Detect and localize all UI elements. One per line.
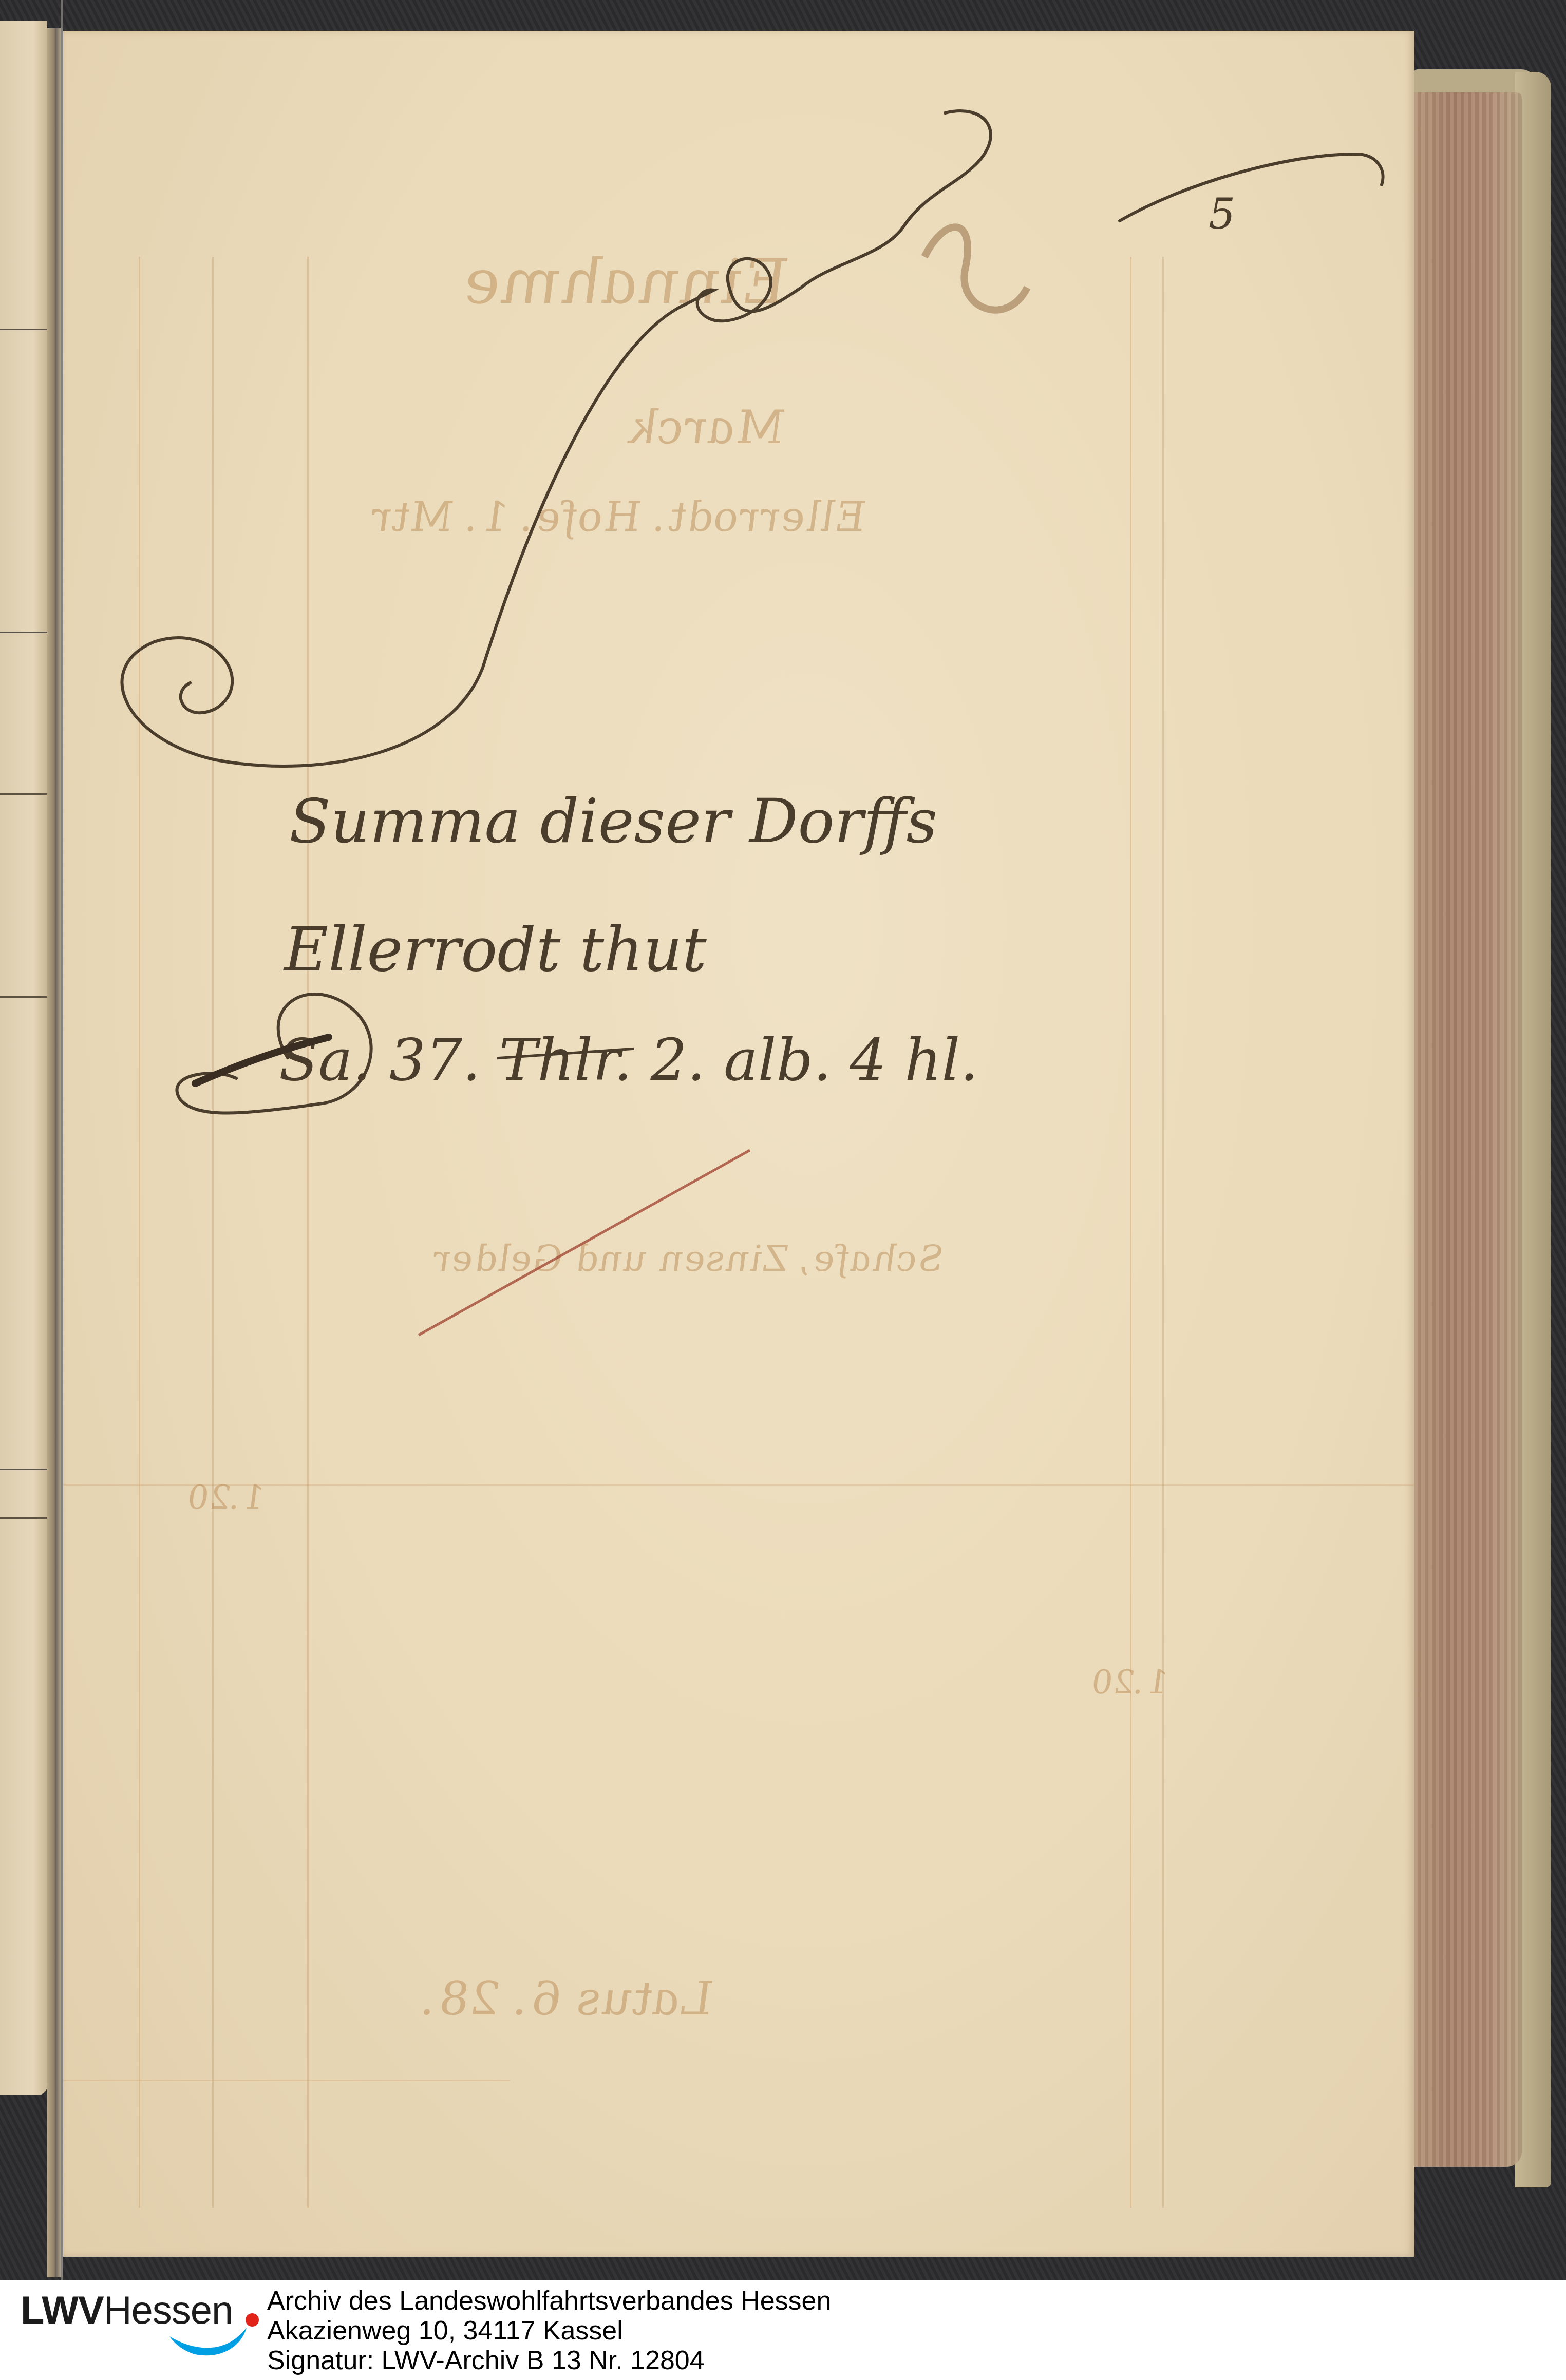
archive-footer: LWVHessen Archiv des Landeswohlfahrtsver… [0,2280,1566,2380]
logo-blue-swoosh-icon [164,2324,252,2365]
calligraphic-flourishes [0,0,1566,2280]
archive-address: Akazienweg 10, 34117 Kassel [267,2316,831,2346]
archive-signature: Signatur: LWV-Archiv B 13 Nr. 12804 [267,2346,831,2375]
manuscript-scan: Einnahme Marck Ellerrodt. Hofe. 1. Mtr S… [0,0,1566,2280]
archive-name: Archiv des Landeswohlfahrtsverbandes Hes… [267,2286,831,2316]
logo-text-bold: LWV [21,2289,104,2332]
lwv-hessen-logo: LWVHessen [15,2288,252,2365]
archive-info: Archiv des Landeswohlfahrtsverbandes Hes… [267,2286,831,2375]
